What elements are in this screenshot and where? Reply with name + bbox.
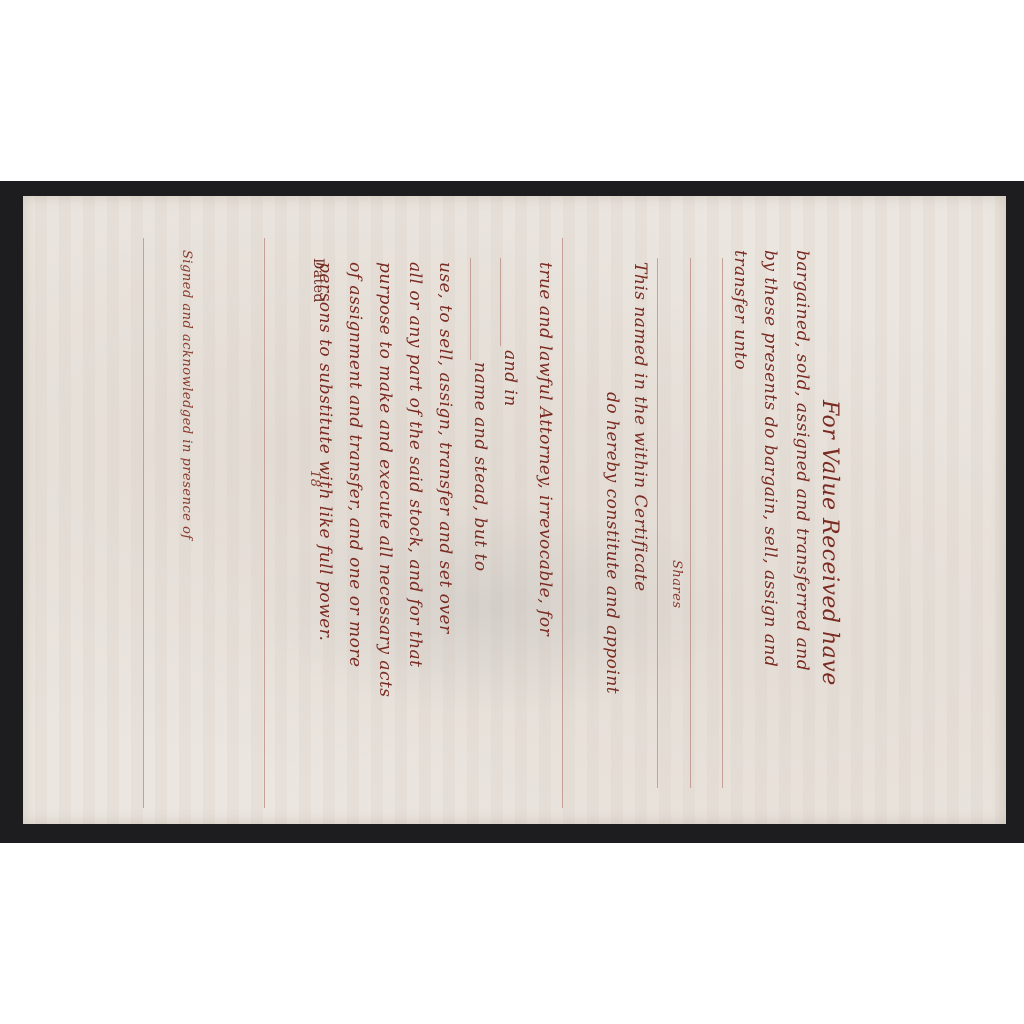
attorney-irrevocable-text: true and lawful Attorney, irrevocable, f… <box>535 262 555 636</box>
attorney-for-rule <box>470 258 471 360</box>
bargained-sold-text: bargained, sold, assigned and transferre… <box>792 250 812 671</box>
name-and-stead-text: name and stead, but to <box>470 362 490 572</box>
persons-substitute-text: persons to substitute with like full pow… <box>315 262 335 641</box>
this-named-within-certificate-text: This named in the within Certificate <box>630 262 650 592</box>
dated-rule <box>264 238 265 808</box>
of-assignment-text: of assignment and transfer, and one or m… <box>345 262 365 668</box>
year-prefix-label: 18 <box>307 470 322 488</box>
appoint-rule <box>657 258 658 788</box>
transferee-rule-1 <box>690 258 691 788</box>
transferee-rule-2 <box>722 258 723 788</box>
signed-in-presence-label: Signed and acknowledged in presence of <box>179 250 194 540</box>
all-or-any-part-text: all or any part of the said stock, and f… <box>405 262 425 668</box>
by-these-presents-text: by these presents do bargain, sell, assi… <box>760 250 780 667</box>
and-in-text: and in <box>500 350 520 407</box>
constitute-appoint-text: do hereby constitute and appoint <box>602 392 622 694</box>
transfer-unto-text: transfer unto <box>730 250 750 370</box>
certificate-back-paper <box>23 196 1006 824</box>
purpose-to-make-text: purpose to make and execute all necessar… <box>375 262 395 698</box>
sell-assign-text: use, to sell, assign, transfer and set o… <box>435 262 455 634</box>
signature-rule <box>143 238 144 808</box>
shares-rule <box>562 238 563 808</box>
shares-label: Shares <box>669 560 684 609</box>
dated-label: Dated <box>310 258 326 303</box>
for-value-received-text: For Value Received have <box>817 400 842 686</box>
attorney-in-rule <box>500 258 501 346</box>
